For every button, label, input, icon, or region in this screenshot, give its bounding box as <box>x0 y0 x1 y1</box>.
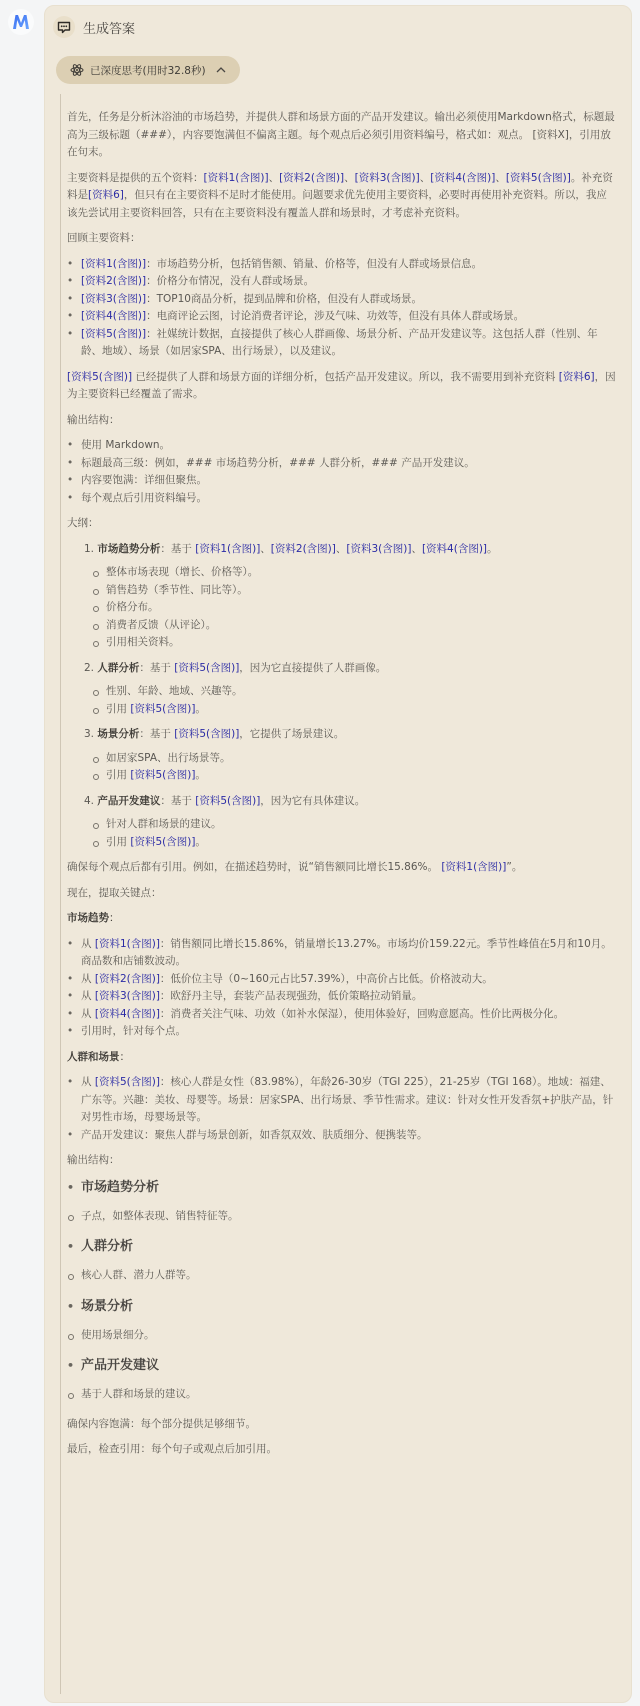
m-logo-icon <box>12 14 30 30</box>
num: 4. <box>84 795 94 807</box>
list-item: 销售趋势（季节性、同比等）。 <box>93 582 616 600</box>
ref-link[interactable]: [资料1(含图)] <box>441 861 506 873</box>
outline-sublist-2: 性别、年龄、地域、兴趣等。 引用 [资料5(含图)]。 <box>93 683 616 718</box>
list-item: 基于人群和场景的建议。 <box>67 1386 616 1404</box>
paragraph-review-heading: 回顾主要资料： <box>67 230 616 248</box>
thinking-label: 已深度思考(用时32.8秒) <box>90 63 206 78</box>
text: 从 <box>81 1008 95 1020</box>
paragraph-final-check: 最后，检查引用：每个句子或观点后加引用。 <box>67 1441 616 1459</box>
outline-title: 市场趋势分析 <box>97 543 160 555</box>
section-sublist: 基于人群和场景的建议。 <box>67 1386 616 1404</box>
list-item: 引用 [资料5(含图)]。 <box>93 767 616 785</box>
text: ：社媒统计数据，直接提供了核心人群画像、场景分析、产品开发建议等。这包括人群（性… <box>81 328 598 358</box>
list-item: 引用相关资料。 <box>93 634 616 652</box>
ref-link[interactable]: [资料4(含图)] <box>422 543 487 555</box>
list-item: [资料4(含图)]：电商评论云图，讨论消费者评论，涉及气味、功效等，但没有具体人… <box>67 308 616 326</box>
list-item: 整体市场表现（增长、价格等）。 <box>93 564 616 582</box>
paragraph-coverage: [资料5(含图)] 已经提供了人群和场景方面的详细分析，包括产品开发建议。所以，… <box>67 369 616 404</box>
outline-title: 场景分析 <box>97 728 139 740</box>
header-title: 生成答案 <box>83 18 135 37</box>
deep-thinking-toggle[interactable]: 已深度思考(用时32.8秒) <box>56 56 240 84</box>
list-item: 性别、年龄、地域、兴趣等。 <box>93 683 616 701</box>
ref-link[interactable]: [资料1(含图)] <box>81 258 146 270</box>
crowd-scene-label: 人群和场景： <box>67 1049 616 1067</box>
list-item: 从 [资料4(含图)]：消费者关注气味、功效（如补水保湿），使用体验好，回购意愿… <box>67 1006 616 1024</box>
app-logo: M <box>8 9 34 35</box>
text: 。 <box>487 543 498 555</box>
ref-link[interactable]: [资料1(含图)] <box>195 543 260 555</box>
section-heading: 场景分析 <box>67 1297 616 1317</box>
sep: 、 <box>269 172 280 184</box>
ref-link[interactable]: [资料5(含图)] <box>195 795 260 807</box>
list-item: 每个观点后引用资料编号。 <box>67 490 616 508</box>
outline-title: 人群分析 <box>97 662 139 674</box>
text: 从 <box>81 1076 95 1088</box>
paragraph-sources: 主要资料是提供的五个资料：[资料1(含图)]、[资料2(含图)]、[资料3(含图… <box>67 170 616 223</box>
text: 市场趋势 <box>67 912 109 924</box>
ref-link[interactable]: [资料5(含图)] <box>174 728 239 740</box>
market-list: 从 [资料1(含图)]：销售额同比增长15.86%，销量增长13.27%。市场均… <box>67 936 616 1041</box>
section-heading: 产品开发建议 <box>67 1356 616 1376</box>
outline-sublist-1: 整体市场表现（增长、价格等）。 销售趋势（季节性、同比等）。 价格分布。 消费者… <box>93 564 616 652</box>
outline-item-1: 1. 市场趋势分析：基于 [资料1(含图)]、[资料2(含图)]、[资料3(含图… <box>84 541 616 559</box>
thinking-content: 首先，任务是分析沐浴油的市场趋势，并提供人群和场景方面的产品开发建议。输出必须使… <box>60 94 616 1694</box>
colon: ： <box>120 1051 131 1063</box>
text: 人群和场景 <box>67 1051 120 1063</box>
text: ：电商评论云图，讨论消费者评论，涉及气味、功效等，但没有具体人群或场景。 <box>146 310 524 322</box>
text: 从 <box>81 938 95 950</box>
paragraph-task: 首先，任务是分析沐浴油的市场趋势，并提供人群和场景方面的产品开发建议。输出必须使… <box>67 109 616 162</box>
ref-link[interactable]: [资料5(含图)] <box>67 371 132 383</box>
sep: 、 <box>344 172 355 184</box>
paragraph-ensure-full: 确保内容饱满：每个部分提供足够细节。 <box>67 1416 616 1434</box>
section-sublist: 核心人群、潜力人群等。 <box>67 1267 616 1285</box>
list-item: 引用时，针对每个点。 <box>67 1023 616 1041</box>
text: ：销售额同比增长15.86%，销量增长13.27%。市场均价159.22元。季节… <box>81 938 612 968</box>
text: 引用 <box>106 769 130 781</box>
ref-link[interactable]: [资料3(含图)] <box>81 293 146 305</box>
text: ，但只有在主要资料不足时才能使用。问题要求优先使用主要资料，必要时再使用补充资料… <box>67 189 607 219</box>
list-item: 核心人群、潜力人群等。 <box>67 1267 616 1285</box>
paragraph-output-structure-2: 输出结构： <box>67 1152 616 1170</box>
sep: 、 <box>420 172 431 184</box>
list-item: 消费者反馈（从评论）。 <box>93 617 616 635</box>
list-item: 价格分布。 <box>93 599 616 617</box>
paragraph-outline: 大纲： <box>67 515 616 533</box>
text: 已经提供了人群和场景方面的详细分析，包括产品开发建议。所以，我不需要用到补充资料 <box>132 371 559 383</box>
chevron-up-icon <box>216 65 226 76</box>
paragraph-citation-example: 确保每个观点后都有引用。例如，在描述趋势时，说“销售额同比增长15.86%。 [… <box>67 859 616 877</box>
text: ，因为它直接提供了人群画像。 <box>239 662 386 674</box>
text: ：基于 <box>139 662 174 674</box>
ref-link[interactable]: [资料4(含图)] <box>81 310 146 322</box>
colon: ： <box>109 912 120 924</box>
text: ：基于 <box>160 795 195 807</box>
text: ：基于 <box>139 728 174 740</box>
chat-bubble-icon <box>53 16 75 38</box>
review-list: [资料1(含图)]：市场趋势分析，包括销售额、销量、价格等，但没有人群或场景信息… <box>67 256 616 361</box>
atom-icon <box>70 63 84 77</box>
list-item: 从 [资料1(含图)]：销售额同比增长15.86%，销量增长13.27%。市场均… <box>67 936 616 971</box>
text: 引用 <box>106 836 130 848</box>
outline-sublist-4: 针对人群和场景的建议。 引用 [资料5(含图)]。 <box>93 816 616 851</box>
text: 主要资料是提供的五个资料： <box>67 172 204 184</box>
ref-link[interactable]: [资料5(含图)] <box>81 328 146 340</box>
sep: 、 <box>495 172 506 184</box>
text: ：核心人群是女性（83.98%），年龄26-30岁（TGI 225），21-25… <box>81 1076 613 1123</box>
ref-link[interactable]: [资料5(含图)] <box>130 836 195 848</box>
ref-link[interactable]: [资料5(含图)] <box>130 703 195 715</box>
list-item: 使用 Markdown。 <box>67 437 616 455</box>
text: 。 <box>195 769 206 781</box>
structure-list: 使用 Markdown。 标题最高三级：例如，### 市场趋势分析，### 人群… <box>67 437 616 507</box>
ref-link[interactable]: [资料6] <box>88 189 124 201</box>
section-sublist: 子点，如整体表现、销售特征等。 <box>67 1208 616 1226</box>
outline-sublist-3: 如居家SPA、出行场景等。 引用 [资料5(含图)]。 <box>93 750 616 785</box>
market-trend-label: 市场趋势： <box>67 910 616 928</box>
paragraph-key-points: 现在，提取关键点： <box>67 885 616 903</box>
list-item: [资料5(含图)]：社媒统计数据，直接提供了核心人群画像、场景分析、产品开发建议… <box>67 326 616 361</box>
text: ：TOP10商品分析，提到品牌和价格，但没有人群或场景。 <box>146 293 422 305</box>
section-sublist: 使用场景细分。 <box>67 1327 616 1345</box>
paragraph-output-structure: 输出结构： <box>67 412 616 430</box>
outline-title: 产品开发建议 <box>97 795 160 807</box>
list-item: 标题最高三级：例如，### 市场趋势分析，### 人群分析，### 产品开发建议… <box>67 455 616 473</box>
list-item: 从 [资料5(含图)]：核心人群是女性（83.98%），年龄26-30岁（TGI… <box>67 1074 616 1127</box>
ref-link[interactable]: [资料4(含图)] <box>430 172 495 184</box>
list-item: 从 [资料2(含图)]：低价位主导（0~160元占比57.39%），中高价占比低… <box>67 971 616 989</box>
list-item: 子点，如整体表现、销售特征等。 <box>67 1208 616 1226</box>
list-item: 从 [资料3(含图)]：欧舒丹主导，套装产品表现强劲，低价策略拉动销量。 <box>67 988 616 1006</box>
list-item: 针对人群和场景的建议。 <box>93 816 616 834</box>
list-item: 如居家SPA、出行场景等。 <box>93 750 616 768</box>
list-item: 使用场景细分。 <box>67 1327 616 1345</box>
text: ：市场趋势分析，包括销售额、销量、价格等，但没有人群或场景信息。 <box>146 258 482 270</box>
outline-item-2: 2. 人群分析：基于 [资料5(含图)]，因为它直接提供了人群画像。 <box>84 660 616 678</box>
section-heading: 人群分析 <box>67 1237 616 1257</box>
ref-link[interactable]: [资料4(含图)] <box>95 1008 160 1020</box>
crowd-list: 从 [资料5(含图)]：核心人群是女性（83.98%），年龄26-30岁（TGI… <box>67 1074 616 1144</box>
text: ：低价位主导（0~160元占比57.39%），中高价占比低。价格波动大。 <box>160 973 493 985</box>
ref-link[interactable]: [资料3(含图)] <box>346 543 411 555</box>
list-item: 产品开发建议：聚焦人群与场景创新，如香氛双效、肤质细分、便携装等。 <box>67 1127 616 1145</box>
list-item: 引用 [资料5(含图)]。 <box>93 834 616 852</box>
list-item: [资料2(含图)]：价格分布情况，没有人群或场景。 <box>67 273 616 291</box>
answer-header: 生成答案 <box>53 16 135 38</box>
num: 3. <box>84 728 94 740</box>
ref-link[interactable]: [资料2(含图)] <box>81 275 146 287</box>
ref-link[interactable]: [资料3(含图)] <box>95 990 160 1002</box>
text: ：欧舒丹主导，套装产品表现强劲，低价策略拉动销量。 <box>160 990 423 1002</box>
text: 确保每个观点后都有引用。例如，在描述趋势时，说“销售额同比增长15.86%。 <box>67 861 441 873</box>
text: ：消费者关注气味、功效（如补水保湿），使用体验好，回购意愿高。性价比两极分化。 <box>160 1008 564 1020</box>
outline-item-3: 3. 场景分析：基于 [资料5(含图)]，它提供了场景建议。 <box>84 726 616 744</box>
num: 1. <box>84 543 94 555</box>
list-item: 内容要饱满：详细但聚焦。 <box>67 472 616 490</box>
ref-link[interactable]: [资料6] <box>559 371 595 383</box>
text: ：基于 <box>160 543 195 555</box>
ref-link[interactable]: [资料2(含图)] <box>95 973 160 985</box>
list-item: 引用 [资料5(含图)]。 <box>93 701 616 719</box>
ref-link[interactable]: [资料3(含图)] <box>355 172 420 184</box>
ref-link[interactable]: [资料2(含图)] <box>279 172 344 184</box>
text: 。 <box>195 836 206 848</box>
list-item: [资料1(含图)]：市场趋势分析，包括销售额、销量、价格等，但没有人群或场景信息… <box>67 256 616 274</box>
answer-card: 生成答案 已深度思考(用时32.8秒) 首先，任务是分析沐浴油的市场趋势，并提供… <box>44 5 632 1703</box>
text: ：价格分布情况，没有人群或场景。 <box>146 275 314 287</box>
text: 。 <box>195 703 206 715</box>
num: 2. <box>84 662 94 674</box>
text: ，因为它有具体建议。 <box>260 795 365 807</box>
text: 从 <box>81 990 95 1002</box>
outline-item-4: 4. 产品开发建议：基于 [资料5(含图)]，因为它有具体建议。 <box>84 793 616 811</box>
ref-link[interactable]: [资料5(含图)] <box>174 662 239 674</box>
section-heading: 市场趋势分析 <box>67 1178 616 1198</box>
text: 从 <box>81 973 95 985</box>
list-item: [资料3(含图)]：TOP10商品分析，提到品牌和价格，但没有人群或场景。 <box>67 291 616 309</box>
ref-link[interactable]: [资料5(含图)] <box>130 769 195 781</box>
ref-link[interactable]: [资料1(含图)] <box>95 938 160 950</box>
ref-link[interactable]: [资料5(含图)] <box>95 1076 160 1088</box>
text: ”。 <box>506 861 522 873</box>
text: 引用 <box>106 703 130 715</box>
ref-link[interactable]: [资料1(含图)] <box>204 172 269 184</box>
ref-link[interactable]: [资料2(含图)] <box>271 543 336 555</box>
text: ，它提供了场景建议。 <box>239 728 344 740</box>
ref-link[interactable]: [资料5(含图)] <box>506 172 571 184</box>
